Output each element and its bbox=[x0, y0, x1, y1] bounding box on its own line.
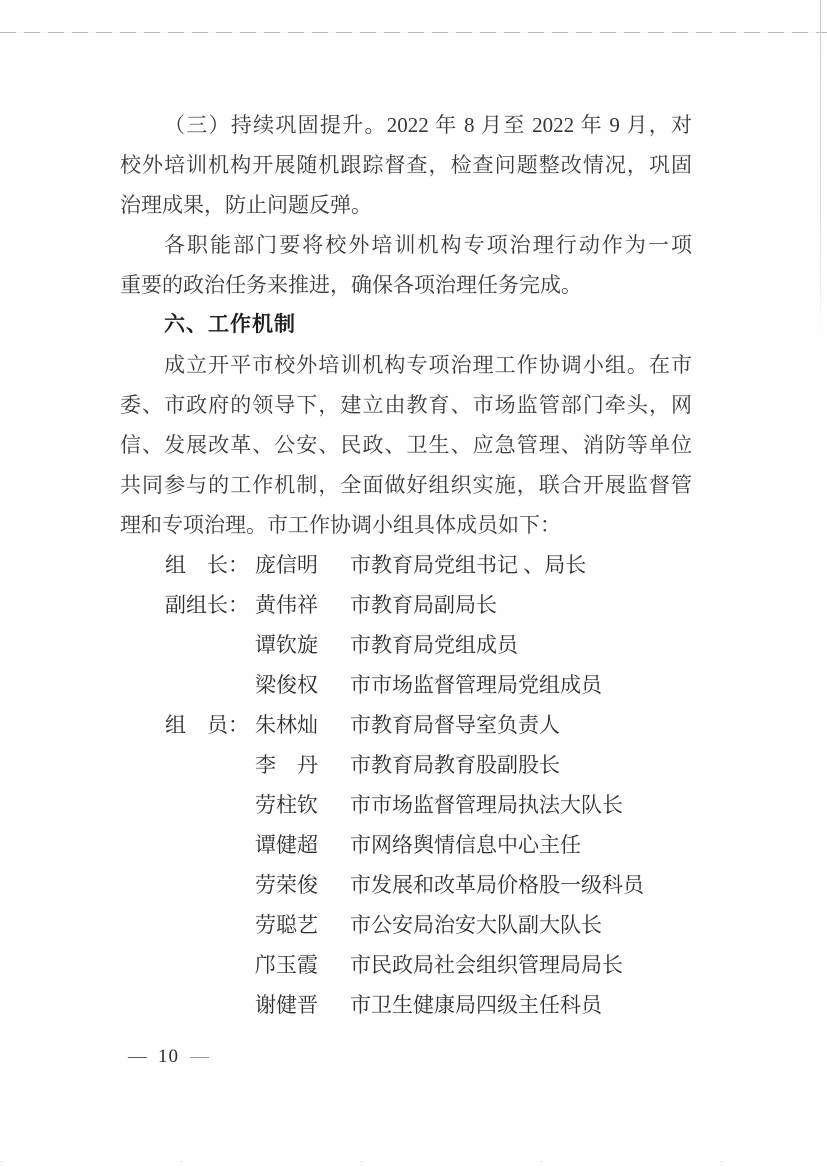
member-role-label bbox=[165, 905, 255, 945]
page-number-dash-left: — bbox=[128, 1046, 147, 1068]
scan-artifact-top-line bbox=[0, 32, 827, 33]
member-role-label: 副组长： bbox=[165, 585, 255, 625]
member-position: 市公安局治安大队副大队长 bbox=[350, 905, 692, 945]
member-role-label bbox=[165, 625, 255, 665]
member-name: 谭健超 bbox=[255, 825, 350, 865]
paragraph-line: 治理成果，防止问题反弹。 bbox=[120, 185, 692, 225]
paragraph-line: 校外培训机构开展随机跟踪督查，检查问题整改情况，巩固 bbox=[120, 145, 692, 185]
member-name: 黄伟祥 bbox=[255, 585, 350, 625]
member-role-label bbox=[165, 665, 255, 705]
member-row: 劳荣俊 市发展和改革局价格股一级科员 bbox=[120, 865, 692, 905]
member-name: 梁俊权 bbox=[255, 665, 350, 705]
member-position: 市卫生健康局四级主任科员 bbox=[350, 985, 692, 1025]
page-number-dash-right: — bbox=[190, 1046, 209, 1068]
member-row: 李 丹 市教育局教育股副股长 bbox=[120, 745, 692, 785]
section-heading: 六、工作机制 bbox=[120, 305, 692, 345]
member-position: 市教育局教育股副股长 bbox=[350, 745, 692, 785]
paragraph-line: （三）持续巩固提升。2022 年 8 月至 2022 年 9 月，对 bbox=[120, 105, 692, 145]
page-number-value: 10 bbox=[158, 1046, 179, 1068]
member-name: 劳柱钦 bbox=[255, 785, 350, 825]
paragraph-line: 共同参与的工作机制，全面做好组织实施，联合开展监督管 bbox=[120, 465, 692, 505]
paragraph-line: 委、市政府的领导下，建立由教育、市场监管部门牵头，网 bbox=[120, 385, 692, 425]
member-name: 谢健晋 bbox=[255, 985, 350, 1025]
member-role-label bbox=[165, 865, 255, 905]
paragraph-line: 成立开平市校外培训机构专项治理工作协调小组。在市 bbox=[120, 345, 692, 385]
member-row: 邝玉霞 市民政局社会组织管理局局长 bbox=[120, 945, 692, 985]
member-row: 劳聪艺 市公安局治安大队副大队长 bbox=[120, 905, 692, 945]
member-position: 市教育局督导室负责人 bbox=[350, 705, 692, 745]
member-name: 劳聪艺 bbox=[255, 905, 350, 945]
member-role-label: 组 长： bbox=[165, 545, 255, 585]
member-row: 组 长： 庞信明 市教育局党组书记 、局长 bbox=[120, 545, 692, 585]
member-position: 市教育局党组书记 、局长 bbox=[350, 545, 692, 585]
paragraph-line: 各职能部门要将校外培训机构专项治理行动作为一项 bbox=[120, 225, 692, 265]
member-position: 市教育局副局长 bbox=[350, 585, 692, 625]
member-row: 组 员： 朱林灿 市教育局督导室负责人 bbox=[120, 705, 692, 745]
member-position: 市民政局社会组织管理局局长 bbox=[350, 945, 692, 985]
member-name: 庞信明 bbox=[255, 545, 350, 585]
page-number: — 10 — bbox=[128, 1043, 209, 1071]
member-row: 谢健晋 市卫生健康局四级主任科员 bbox=[120, 985, 692, 1025]
member-position: 市发展和改革局价格股一级科员 bbox=[350, 865, 692, 905]
member-role-label bbox=[165, 825, 255, 865]
member-row: 谭健超 市网络舆情信息中心主任 bbox=[120, 825, 692, 865]
member-name: 李 丹 bbox=[255, 745, 350, 785]
scanned-document-page: （三）持续巩固提升。2022 年 8 月至 2022 年 9 月，对 校外培训机… bbox=[0, 0, 827, 1169]
scan-artifact-bottom-line bbox=[0, 1161, 827, 1162]
member-name: 邝玉霞 bbox=[255, 945, 350, 985]
member-row: 副组长： 黄伟祥 市教育局副局长 bbox=[120, 585, 692, 625]
member-role-label bbox=[165, 785, 255, 825]
member-role-label bbox=[165, 985, 255, 1025]
member-row: 梁俊权 市市场监督管理局党组成员 bbox=[120, 665, 692, 705]
member-position: 市网络舆情信息中心主任 bbox=[350, 825, 692, 865]
paragraph-line: 重要的政治任务来推进，确保各项治理任务完成。 bbox=[120, 265, 692, 305]
member-row: 劳柱钦 市市场监督管理局执法大队长 bbox=[120, 785, 692, 825]
member-row: 谭钦旋 市教育局党组成员 bbox=[120, 625, 692, 665]
member-position: 市教育局党组成员 bbox=[350, 625, 692, 665]
paragraph-line: 理和专项治理。市工作协调小组具体成员如下： bbox=[120, 505, 692, 545]
paragraph-line: 信、发展改革、公安、民政、卫生、应急管理、消防等单位 bbox=[120, 425, 692, 465]
member-name: 朱林灿 bbox=[255, 705, 350, 745]
document-body: （三）持续巩固提升。2022 年 8 月至 2022 年 9 月，对 校外培训机… bbox=[120, 105, 692, 1025]
member-name: 谭钦旋 bbox=[255, 625, 350, 665]
scan-artifact-right-line bbox=[820, 0, 821, 340]
member-role-label bbox=[165, 745, 255, 785]
member-role-label: 组 员： bbox=[165, 705, 255, 745]
member-position: 市市场监督管理局党组成员 bbox=[350, 665, 692, 705]
member-position: 市市场监督管理局执法大队长 bbox=[350, 785, 692, 825]
member-role-label bbox=[165, 945, 255, 985]
member-name: 劳荣俊 bbox=[255, 865, 350, 905]
